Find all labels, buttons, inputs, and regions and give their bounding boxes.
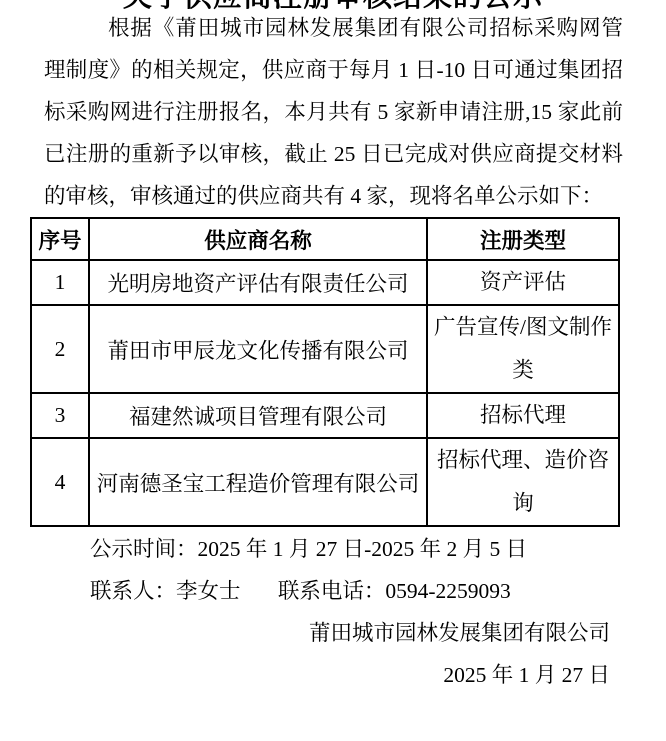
contact-line: 联系人：李女士 联系电话：0594-2259093 bbox=[90, 570, 666, 612]
contact-phone: 联系电话：0594-2259093 bbox=[278, 579, 511, 603]
supplier-name: 莆田市甲辰龙文化传播有限公司 bbox=[89, 305, 427, 393]
col-header-type: 注册类型 bbox=[427, 218, 619, 260]
document-footer: 公示时间：2025 年 1 月 27 日-2025 年 2 月 5 日 联系人：… bbox=[0, 528, 666, 696]
table-row: 1 光明房地资产评估有限责任公司 资产评估 bbox=[31, 260, 619, 305]
publicity-period: 公示时间：2025 年 1 月 27 日-2025 年 2 月 5 日 bbox=[90, 528, 666, 570]
supplier-name: 河南德圣宝工程造价管理有限公司 bbox=[89, 438, 427, 526]
supplier-name: 福建然诚项目管理有限公司 bbox=[89, 393, 427, 438]
register-type: 广告宣传/图文制作类 bbox=[427, 305, 619, 393]
contact-person: 联系人：李女士 bbox=[90, 579, 241, 603]
row-number: 1 bbox=[31, 260, 89, 305]
row-number: 3 bbox=[31, 393, 89, 438]
supplier-table: 序号 供应商名称 注册类型 1 光明房地资产评估有限责任公司 资产评估 2 莆田… bbox=[30, 217, 620, 527]
document-title-clipped: 关于供应商注册审核结果的公示 bbox=[0, 0, 666, 15]
table-row: 4 河南德圣宝工程造价管理有限公司 招标代理、造价咨询 bbox=[31, 438, 619, 526]
col-header-no: 序号 bbox=[31, 218, 89, 260]
register-type: 招标代理、造价咨询 bbox=[427, 438, 619, 526]
row-number: 4 bbox=[31, 438, 89, 526]
document-page: 关于供应商注册审核结果的公示 根据《莆田城市园林发展集团有限公司招标采购网管理制… bbox=[0, 0, 666, 741]
table-header-row: 序号 供应商名称 注册类型 bbox=[31, 218, 619, 260]
organization-name: 莆田城市园林发展集团有限公司 bbox=[0, 612, 666, 654]
table-row: 3 福建然诚项目管理有限公司 招标代理 bbox=[31, 393, 619, 438]
col-header-name: 供应商名称 bbox=[89, 218, 427, 260]
intro-paragraph: 根据《莆田城市园林发展集团有限公司招标采购网管理制度》的相关规定，供应商于每月 … bbox=[44, 7, 623, 217]
register-type: 资产评估 bbox=[427, 260, 619, 305]
supplier-name: 光明房地资产评估有限责任公司 bbox=[89, 260, 427, 305]
row-number: 2 bbox=[31, 305, 89, 393]
publish-date: 2025 年 1 月 27 日 bbox=[0, 654, 666, 696]
register-type: 招标代理 bbox=[427, 393, 619, 438]
table-row: 2 莆田市甲辰龙文化传播有限公司 广告宣传/图文制作类 bbox=[31, 305, 619, 393]
